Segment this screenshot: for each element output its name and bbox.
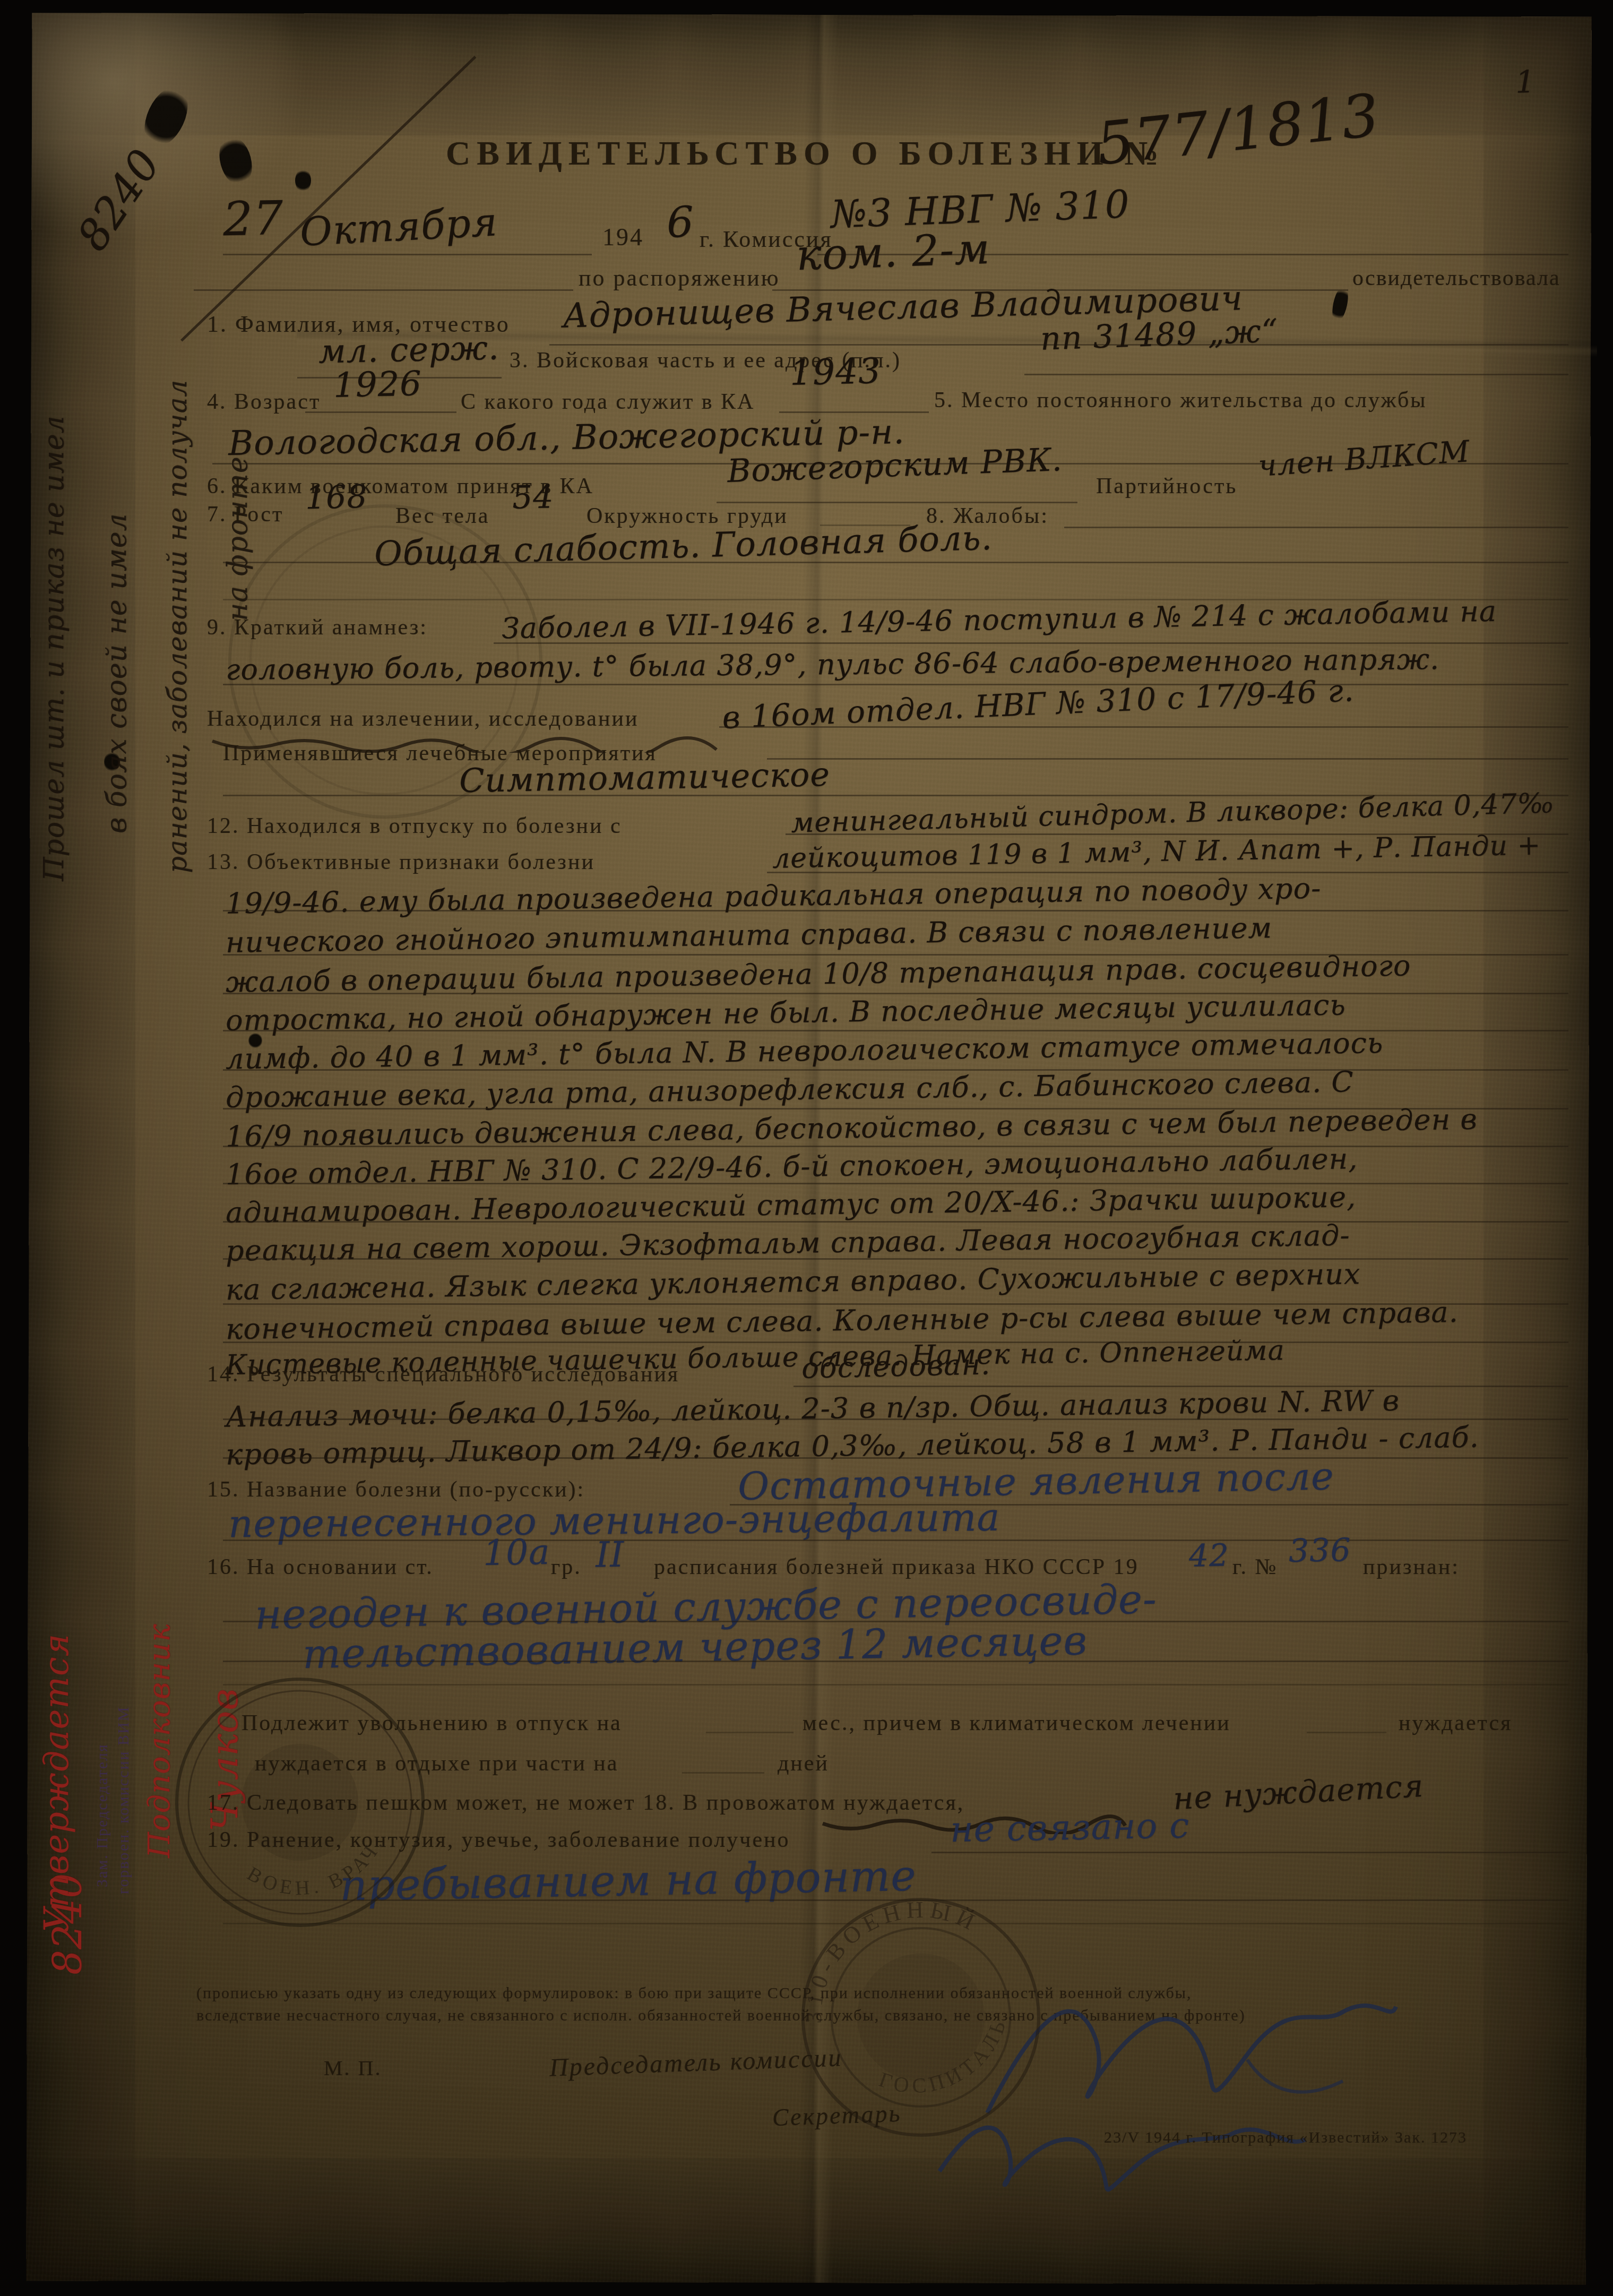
hw-day: 27 — [222, 191, 284, 246]
margin-note: ранений, заболеваний не получал — [162, 380, 193, 873]
approval-stamp-text: Зам. Председателя — [93, 1743, 111, 1887]
order-label: по распоряжению — [579, 264, 780, 291]
hw-therapy: Симптоматическое — [459, 755, 830, 800]
field-party-label: Партийность — [1096, 474, 1237, 499]
field-age-label: 4. Возраст — [207, 389, 321, 415]
field-basis-label-5: признан: — [1363, 1554, 1460, 1580]
field-sick-leave-label: 12. Находился в отпуску по болезни с — [207, 813, 622, 839]
hw-article: 10а — [482, 1532, 550, 1573]
hw-group: II — [595, 1534, 624, 1576]
document-title: СВИДЕТЕЛЬСТВО О БОЛЕЗНИ № — [446, 134, 1165, 173]
hw-year-digit: 6 — [666, 197, 695, 247]
field-height-label: 7. Рост — [207, 502, 283, 527]
field-leave-label-3: нуждается — [1399, 1710, 1512, 1736]
margin-note: в боях своей не имел — [101, 513, 133, 833]
print-shop-imprint: 23/V 1944 г. Типография «Известий» Зак. … — [1104, 2129, 1467, 2147]
hw-service-year: 1943 — [789, 350, 882, 393]
hw-order-year: 42 — [1188, 1537, 1229, 1573]
page-number: 1 — [1515, 64, 1536, 100]
hw-weight: 54 — [512, 478, 554, 517]
approval-stamp-text: горвоен. комиссии ВИМ — [115, 1706, 133, 1894]
approval-note-red: Утверждается — [37, 1633, 76, 1932]
field-basis-label-1: 16. На основании ст. — [207, 1554, 434, 1580]
faded-stamp-inner — [249, 526, 519, 795]
scanned-document: 1 8240 8240 Прошел шт. и приказ не имел … — [0, 0, 1613, 2296]
field-residence-label: 5. Место постоянного жительства до служб… — [934, 388, 1427, 413]
paper-hole — [295, 169, 311, 192]
field-service-label: С какого года служит в КА — [461, 389, 755, 415]
commission-stamp: ВОЕН. ВРАЧ. — [142, 1645, 457, 1959]
field-basis-label-3: расписания болезней приказа НКО СССР 19 — [654, 1554, 1139, 1580]
hw-order: ком. 2-м — [795, 224, 990, 280]
field-basis-label-4: г. № — [1232, 1554, 1278, 1580]
examined-label: освидетельствовала — [1352, 265, 1560, 291]
field-rest-label-2: дней — [778, 1751, 829, 1776]
seal-place-label: М. П. — [324, 2056, 382, 2080]
printed-year: 194 — [602, 223, 644, 251]
field-special-tests-label: 14. Результаты специального исследования — [207, 1362, 679, 1387]
field-leave-label-2: мес., причем в климатическом лечении — [803, 1710, 1231, 1736]
field-basis-label-2: гр. — [551, 1554, 582, 1580]
hw-injury-1: не связано с — [950, 1805, 1189, 1850]
hw-birth-year: 1926 — [333, 364, 422, 405]
field-objective-label: 13. Объективные признаки болезни — [207, 849, 595, 875]
margin-note: Прошел шт. и приказ не имел — [38, 415, 70, 881]
hw-special-tests: обследован. — [801, 1347, 990, 1385]
hw-order-number: 336 — [1288, 1532, 1351, 1570]
